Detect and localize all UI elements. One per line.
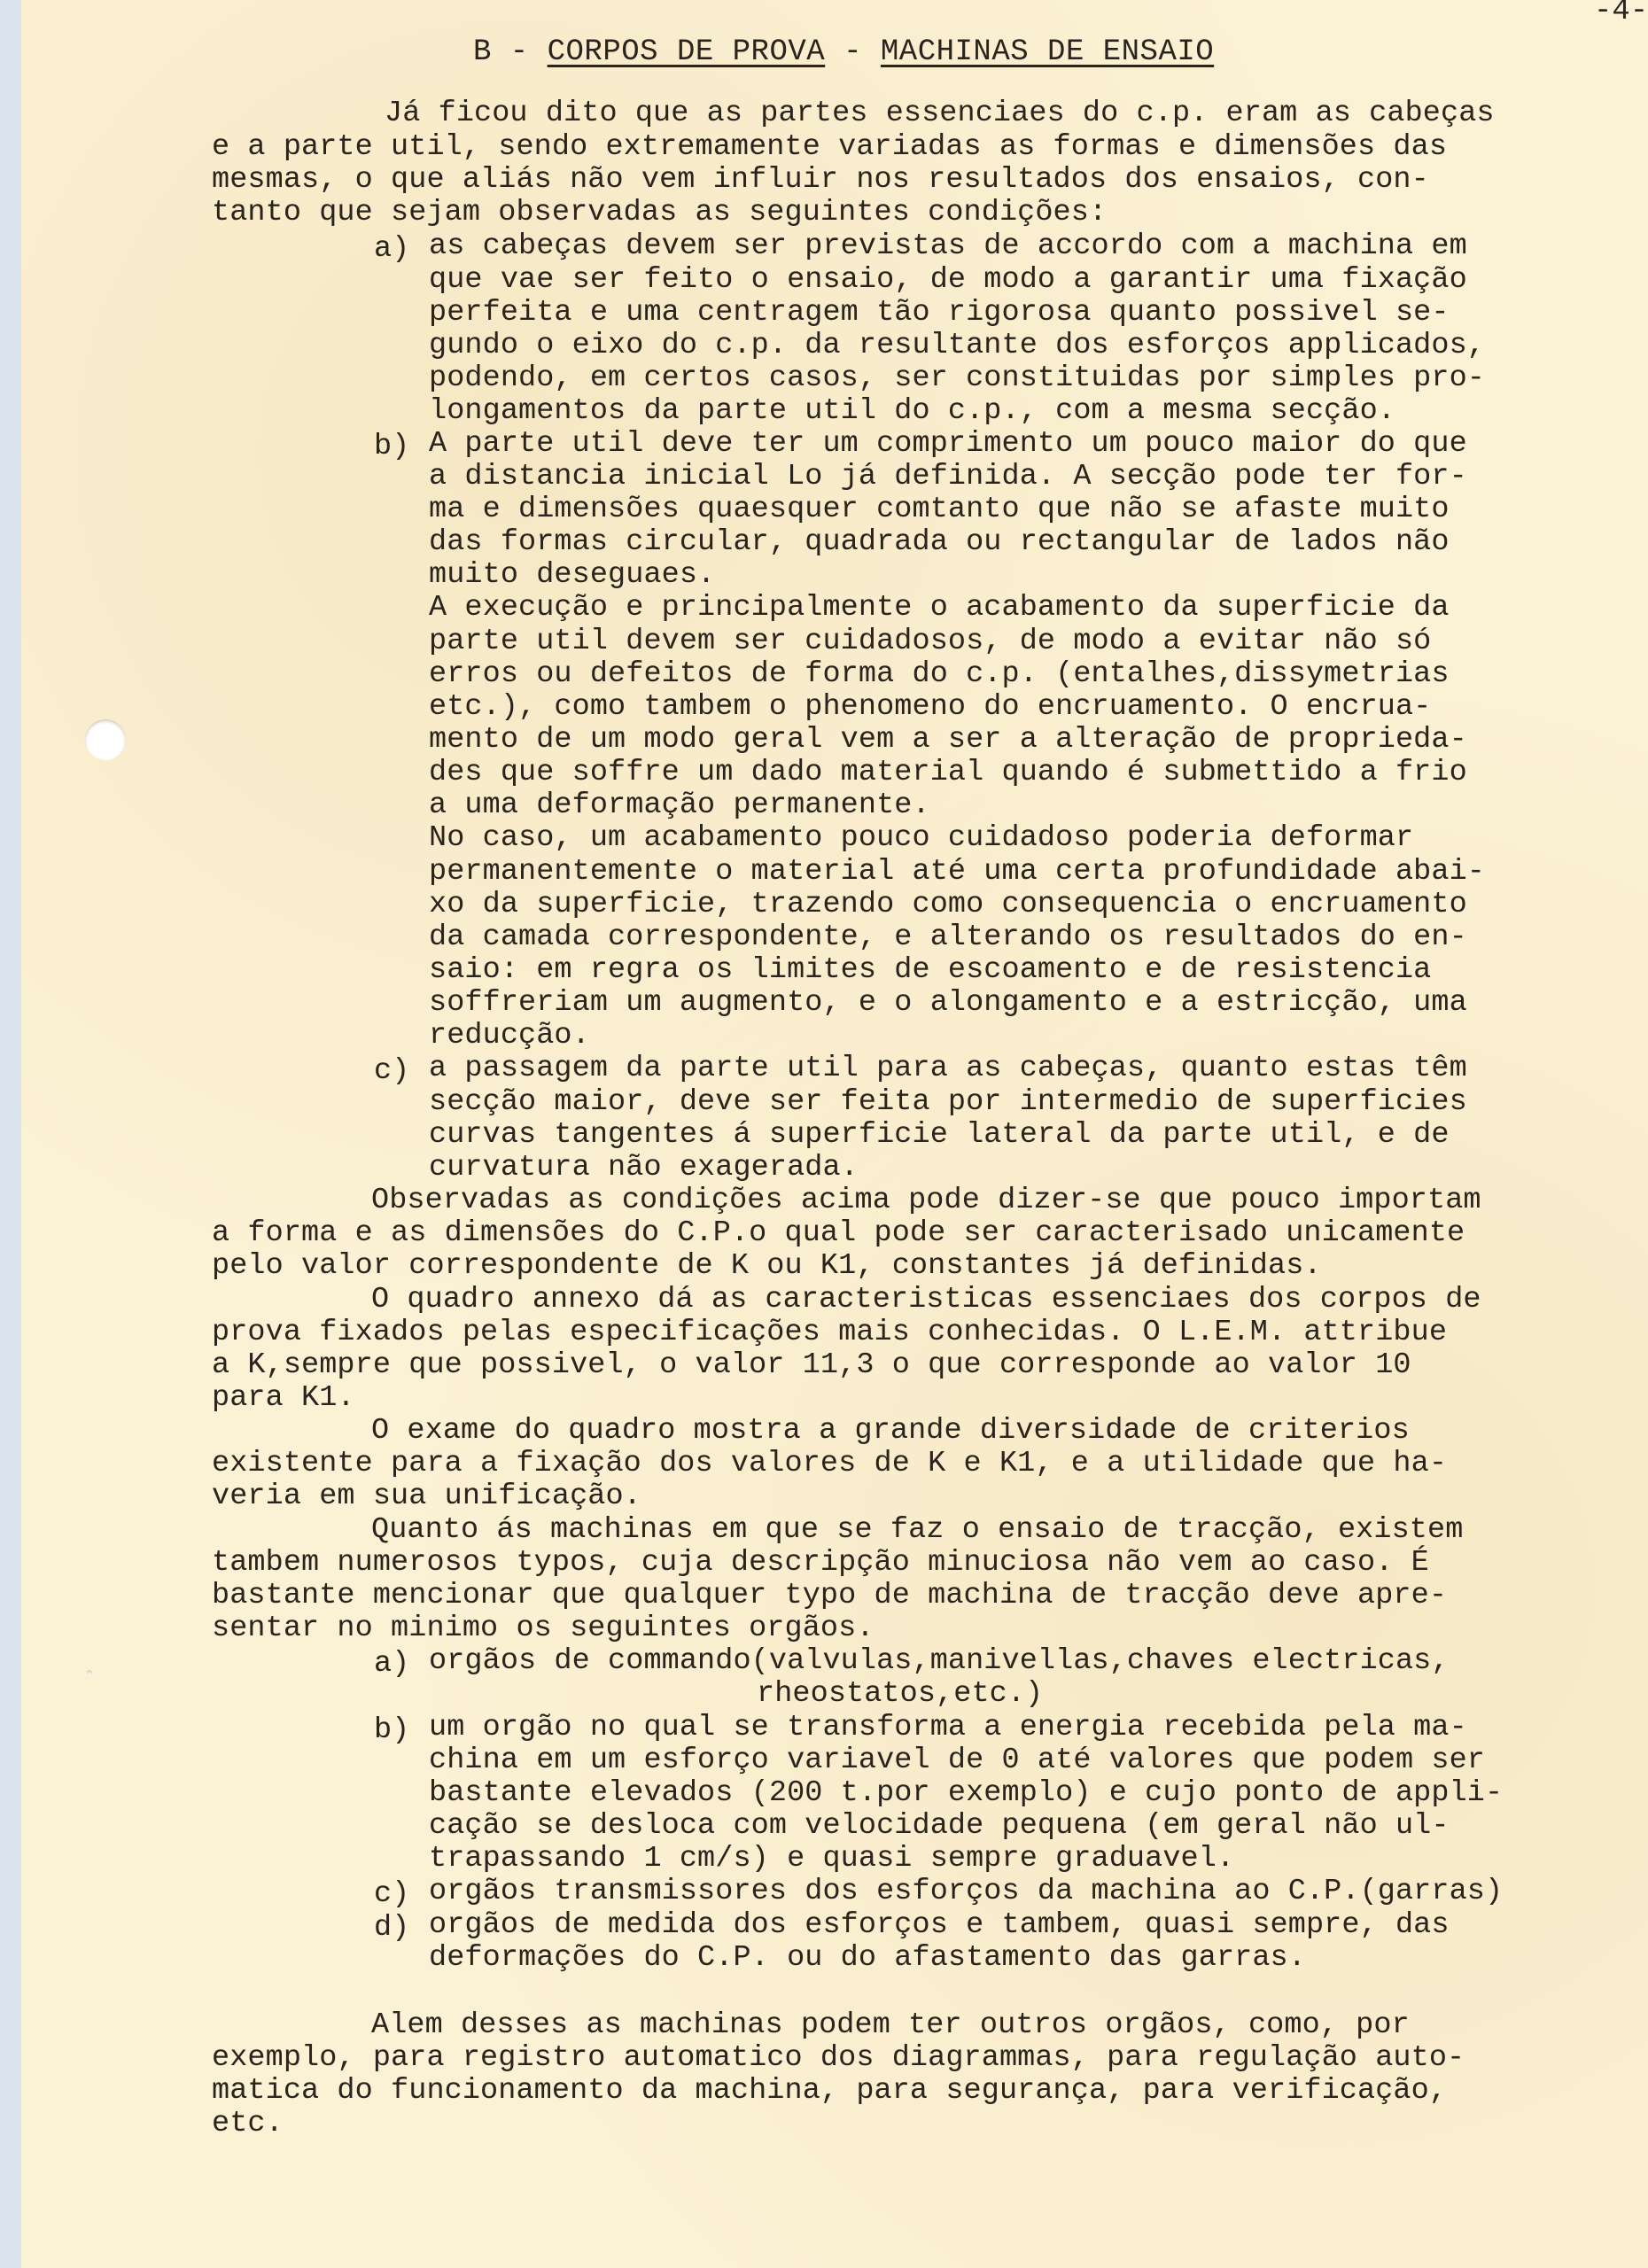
- text-line: des que soffre um dado material quando é…: [429, 758, 1467, 788]
- text-line: Alem desses as machinas podem ter outros…: [371, 2011, 1410, 2041]
- text-line: da camada correspondente, e alterando os…: [429, 923, 1467, 953]
- list-marker: c): [374, 1877, 409, 1911]
- text-line: a forma e as dimensões do C.P.o qual pod…: [212, 1219, 1465, 1249]
- text-line: sentar no minimo os seguintes orgãos.: [212, 1614, 875, 1644]
- text-line: orgãos transmissores dos esforços da mac…: [429, 1877, 1503, 1907]
- text-line: mento de um modo geral vem a ser a alter…: [429, 726, 1467, 756]
- text-line: etc.: [212, 2109, 284, 2140]
- text-line: soffreriam um augmento, e o alongamento …: [429, 989, 1467, 1019]
- text-line: a passagem da parte util para as cabeças…: [429, 1054, 1467, 1084]
- text-line: etc.), como tambem o phenomeno do encrua…: [429, 693, 1431, 723]
- text-line: O exame do quadro mostra a grande divers…: [371, 1417, 1410, 1447]
- text-line: a distancia inicial Lo já definida. A se…: [429, 462, 1467, 493]
- text-line: secção maior, deve ser feita por interme…: [429, 1088, 1467, 1118]
- text-line: um orgão no qual se transforma a energia…: [429, 1713, 1467, 1744]
- text-line: permanentemente o material até uma certa…: [429, 858, 1485, 888]
- text-line: A execução e principalmente o acabamento…: [429, 594, 1450, 624]
- text-line: No caso, um acabamento pouco cuidadoso p…: [429, 824, 1413, 854]
- text-line: prova fixados pelas especificações mais …: [212, 1318, 1447, 1348]
- list-marker: c): [374, 1054, 409, 1088]
- text-line: a uma deformação permanente.: [429, 791, 930, 821]
- text-line: para K1.: [212, 1384, 355, 1414]
- text-line: cação se desloca com velocidade pequena …: [429, 1812, 1450, 1842]
- punch-hole-bottom: [87, 1670, 92, 1675]
- text-line: curvas tangentes á superficie lateral da…: [429, 1121, 1450, 1151]
- text-line: orgãos de commando(valvulas,manivellas,c…: [429, 1647, 1450, 1677]
- heading-separator: -: [825, 35, 881, 69]
- text-line: exemplo, para registro automatico dos di…: [212, 2044, 1465, 2074]
- text-line: as cabeças devem ser previstas de accord…: [429, 232, 1467, 262]
- text-line: bastante elevados (200 t.por exemplo) e …: [429, 1779, 1503, 1809]
- text-line: deformações do C.P. ou do afastamento da…: [429, 1944, 1306, 1974]
- text-line: reducção.: [429, 1021, 590, 1052]
- text-line: O quadro annexo dá as caracteristicas es…: [371, 1285, 1481, 1316]
- text-line: tanto que sejam observadas as seguintes …: [212, 198, 1107, 229]
- text-line: Quanto ás machinas em que se faz o ensai…: [371, 1516, 1463, 1546]
- text-line: e a parte util, sendo extremamente varia…: [212, 133, 1447, 163]
- text-line: Observadas as condições acima pode dizer…: [371, 1186, 1481, 1216]
- list-marker: b): [374, 430, 409, 463]
- text-line: parte util devem ser cuidadosos, de modo…: [429, 627, 1431, 657]
- text-line: a K,sempre que possivel, o valor 11,3 o …: [212, 1351, 1411, 1381]
- text-line: mesmas, o que aliás não vem influir nos …: [212, 166, 1429, 196]
- text-line: gundo o eixo do c.p. da resultante dos e…: [429, 331, 1485, 361]
- text-line: bastante mencionar que qualquer typo de …: [212, 1581, 1447, 1612]
- list-marker: a): [374, 1647, 409, 1681]
- text-line: china em um esforço variavel de 0 até va…: [429, 1746, 1485, 1776]
- heading-part-2: MACHINAS DE ENSAIO: [881, 35, 1214, 69]
- list-marker: b): [374, 1713, 409, 1747]
- list-marker: d): [374, 1911, 409, 1945]
- page-number: -4-: [1594, 0, 1648, 28]
- text-line: xo da superficie, trazendo como conseque…: [429, 890, 1467, 920]
- text-line: orgãos de medida dos esforços e tambem, …: [429, 1911, 1450, 1941]
- text-line: existente para a fixação dos valores de …: [212, 1449, 1447, 1480]
- text-line: Já ficou dito que as partes essenciaes d…: [385, 99, 1495, 129]
- text-line: que vae ser feito o ensaio, de modo a ga…: [429, 266, 1467, 296]
- text-line: rheostatos,etc.): [757, 1680, 1043, 1710]
- text-line: curvatura não exagerada.: [429, 1153, 859, 1184]
- text-line: saio: em regra os limites de escoamento …: [429, 956, 1431, 986]
- text-line: pelo valor correspondente de K ou K1, co…: [212, 1252, 1322, 1282]
- text-line: longamentos da parte util do c.p., com a…: [429, 397, 1395, 427]
- text-line: veria em sua unificação.: [212, 1482, 641, 1512]
- list-marker: a): [374, 232, 409, 266]
- text-line: perfeita e uma centragem tão rigorosa qu…: [429, 299, 1450, 329]
- text-line: muito deseguaes.: [429, 561, 715, 591]
- text-line: trapassando 1 cm/s) e quasi sempre gradu…: [429, 1845, 1234, 1875]
- section-heading: B - CORPOS DE PROVA - MACHINAS DE ENSAIO: [473, 35, 1214, 69]
- heading-part-1: CORPOS DE PROVA: [548, 35, 826, 69]
- text-line: das formas circular, quadrada ou rectang…: [429, 528, 1450, 558]
- text-line: erros ou defeitos de forma do c.p. (enta…: [429, 660, 1450, 690]
- text-line: A parte util deve ter um comprimento um …: [429, 430, 1467, 460]
- document-page: -4- B - CORPOS DE PROVA - MACHINAS DE EN…: [21, 0, 1648, 2268]
- text-line: podendo, em certos casos, ser constituid…: [429, 364, 1485, 394]
- heading-prefix: B -: [473, 35, 548, 69]
- text-line: matica do funcionamento da machina, para…: [212, 2077, 1447, 2107]
- punch-hole-top: [85, 719, 126, 760]
- text-line: tambem numerosos typos, cuja descripção …: [212, 1549, 1429, 1579]
- text-line: ma e dimensões quaesquer comtanto que nã…: [429, 495, 1450, 525]
